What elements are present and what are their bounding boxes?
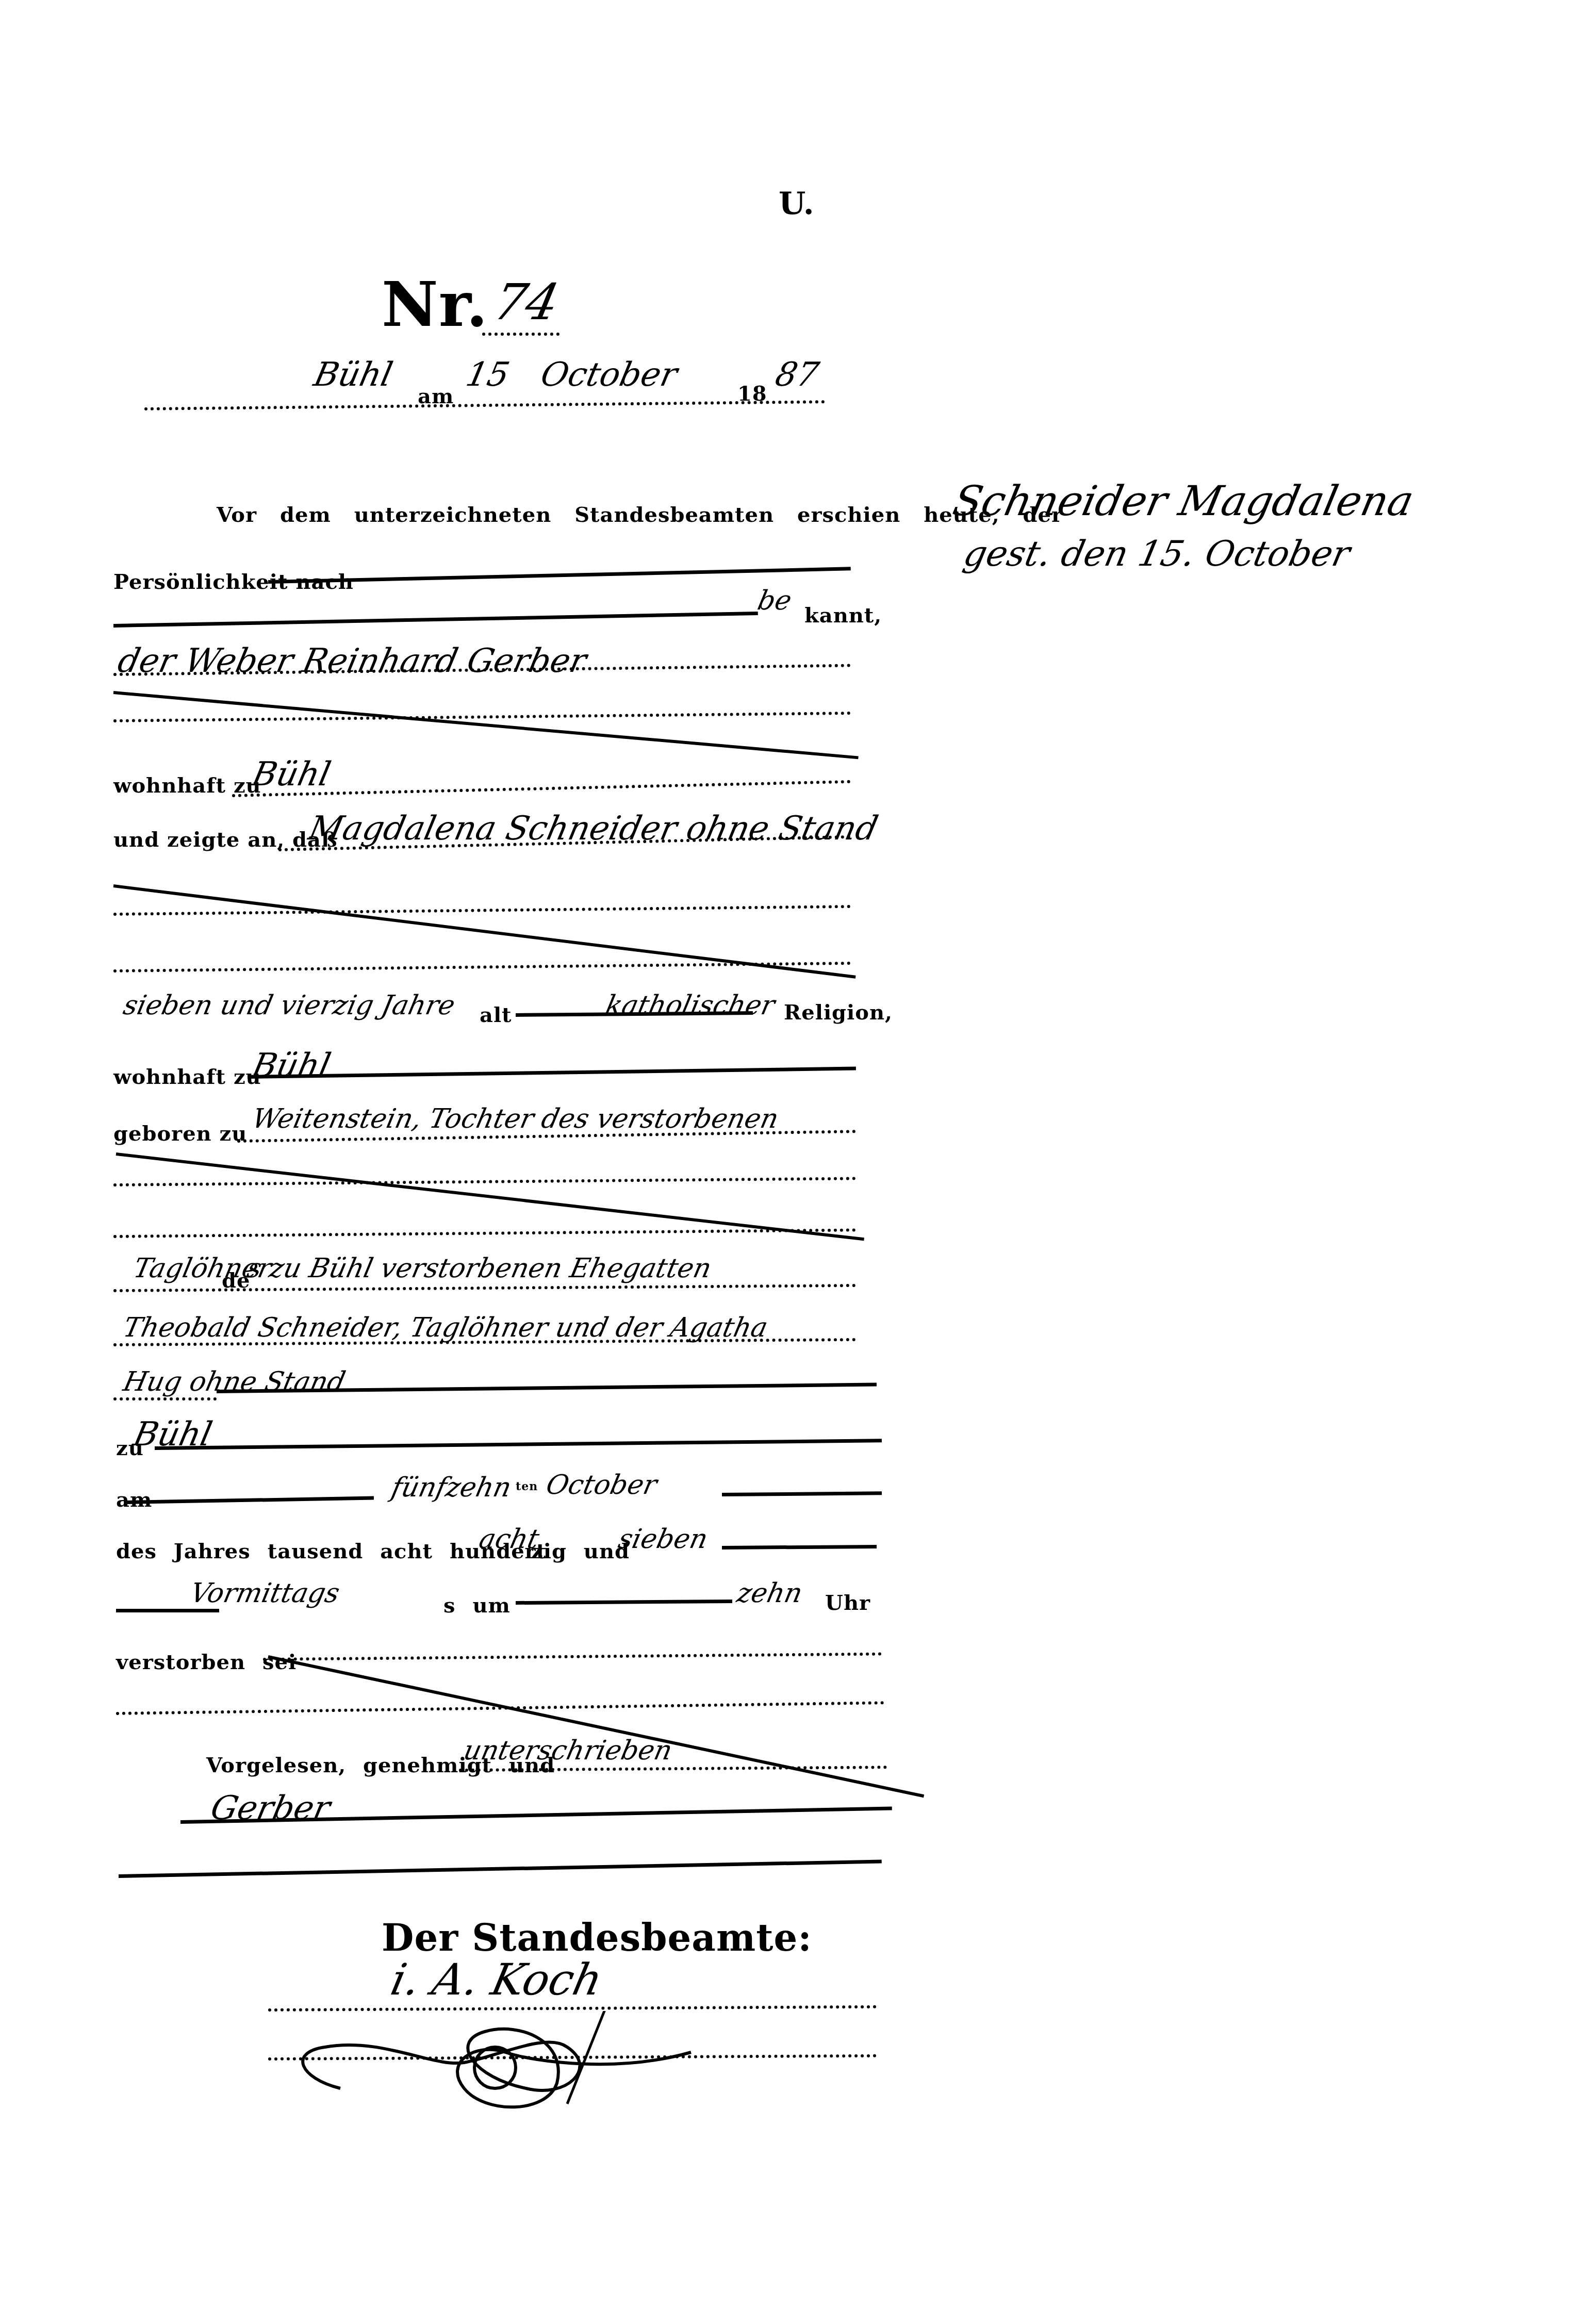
known-prefix: be xyxy=(755,585,795,616)
death-place-line xyxy=(155,1439,882,1450)
parents-line-3-dots xyxy=(113,1397,217,1400)
intro-text: Vor dem unterzeichneten Standesbeamten e… xyxy=(217,503,1063,527)
strike-line xyxy=(113,691,859,759)
time-rule-left xyxy=(116,1609,219,1612)
blank-line xyxy=(116,1701,884,1715)
died-line xyxy=(263,1653,882,1661)
read-handwritten: unterschrieben xyxy=(461,1735,675,1766)
identity-line xyxy=(268,567,851,584)
year-zig: zig und xyxy=(531,1539,630,1563)
blank-line xyxy=(113,962,851,973)
age-suffix: alt xyxy=(480,1003,512,1027)
blank-line xyxy=(113,1228,856,1238)
religion-label: Religion, xyxy=(784,1000,893,1025)
religion: katholischer xyxy=(603,990,778,1021)
deceased-residence-label: wohnhaft zu xyxy=(113,1065,261,1089)
parents-line-2: Theobald Schneider, Taglöhner und der Ag… xyxy=(121,1312,771,1343)
signature-block-title: Der Standesbeamte: xyxy=(382,1916,812,1959)
official-signature: i. A. Koch xyxy=(387,1954,607,2005)
year-rule xyxy=(722,1545,877,1550)
hour: zehn xyxy=(734,1578,805,1609)
blank-line xyxy=(113,905,851,916)
register-month: October xyxy=(537,356,681,394)
birthplace: Weitenstein, Tochter des verstorbenen xyxy=(250,1103,782,1134)
death-day: fünfzehn xyxy=(389,1472,514,1503)
deceased-residence-line xyxy=(248,1067,856,1079)
died-label: verstorben sei xyxy=(116,1650,297,1674)
deceased-age: sieben und vierzig Jahre xyxy=(121,990,458,1021)
time-connector: s um xyxy=(443,1593,511,1618)
known-line xyxy=(113,612,758,628)
time-of-day: Vormittags xyxy=(188,1578,342,1609)
year-suffix: 87 xyxy=(772,356,822,394)
signature-flourish-icon xyxy=(278,2011,743,2124)
date-line xyxy=(144,400,825,410)
death-day-suffix: ten xyxy=(516,1480,538,1493)
parents-line-1b: s zu Bühl verstorbenen Ehegatten xyxy=(244,1253,714,1284)
blank-line xyxy=(113,1177,856,1186)
death-month: October xyxy=(544,1470,660,1501)
register-place: Bühl xyxy=(310,356,396,394)
entry-number-label: Nr. xyxy=(382,268,488,341)
born-label: geboren zu xyxy=(113,1122,247,1146)
entry-number: 74 xyxy=(489,273,564,331)
known-suffix: kannt, xyxy=(804,603,882,628)
entry-number-line xyxy=(482,333,559,336)
margin-note-date: gest. den 15. October xyxy=(960,534,1354,574)
register-day: 15 xyxy=(463,356,513,394)
page-mark: U. xyxy=(779,186,815,222)
strike-line xyxy=(116,1152,864,1241)
informant-residence: Bühl xyxy=(249,755,334,794)
blank-rule xyxy=(119,1860,882,1878)
hour-label: Uhr xyxy=(825,1591,870,1615)
time-rule xyxy=(516,1600,732,1605)
death-month-rule xyxy=(722,1491,882,1496)
blank-line xyxy=(113,712,851,722)
year-unit: sieben xyxy=(616,1524,711,1555)
deceased-residence: Bühl xyxy=(249,1047,334,1085)
date-rule xyxy=(126,1496,374,1504)
